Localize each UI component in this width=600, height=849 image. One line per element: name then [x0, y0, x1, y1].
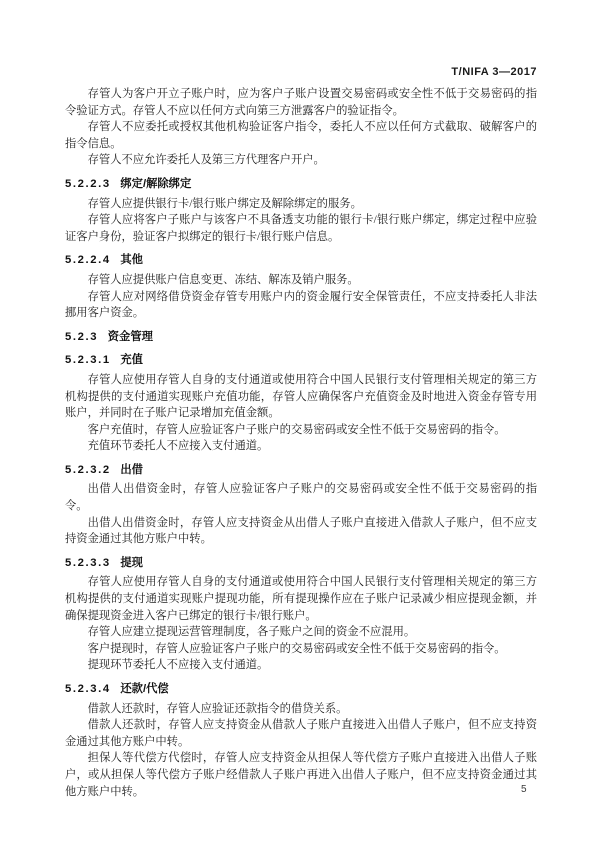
paragraph: 存管人应提供银行卡/银行账户绑定及解除绑定的服务。	[65, 196, 537, 213]
paragraph: 出借人出借资金时，存管人应验证客户子账户的交易密码或安全性不低于交易密码的指令。	[65, 481, 537, 514]
paragraph: 客户提现时，存管人应验证客户子账户的交易密码或安全性不低于交易密码的指令。	[65, 641, 537, 658]
paragraph: 存管人应对网络借贷资金存管专用账户内的资金履行安全保管责任，不应支持委托人非法挪…	[65, 289, 537, 322]
paragraph: 客户充值时，存管人应验证客户子账户的交易密码或安全性不低于交易密码的指令。	[65, 422, 537, 439]
section-number: 5.2.3	[65, 331, 98, 343]
paragraph: 存管人应提供账户信息变更、冻结、解冻及销户服务。	[65, 272, 537, 289]
paragraph: 存管人为客户开立子账户时，应为客户子账户设置交易密码或安全性不低于交易密码的指令…	[65, 86, 537, 119]
section-heading: 5.2.2.3绑定/解除绑定	[65, 176, 537, 193]
paragraph: 存管人应使用存管人自身的支付通道或使用符合中国人民银行支付管理相关规定的第三方机…	[65, 574, 537, 624]
page-number: 5	[521, 784, 527, 795]
section-heading: 5.2.3资金管理	[65, 329, 537, 346]
section-title: 绑定/解除绑定	[120, 178, 191, 190]
section-title: 资金管理	[108, 331, 153, 343]
paragraph: 提现环节委托人不应接入支付通道。	[65, 657, 537, 674]
section-number: 5.2.3.1	[65, 354, 111, 366]
section-number: 5.2.3.3	[65, 557, 111, 569]
paragraph: 存管人应建立提现运营管理制度，各子账户之间的资金不应混用。	[65, 624, 537, 641]
section-title: 还款/代偿	[120, 683, 168, 695]
paragraph: 存管人不应允许委托人及第三方代理客户开户。	[65, 152, 537, 169]
document-page: T/NIFA 3—2017 存管人为客户开立子账户时，应为客户子账户设置交易密码…	[0, 0, 600, 849]
paragraph: 借款人还款时，存管人应支持资金从借款人子账户直接进入出借人子账户，但不应支持资金…	[65, 717, 537, 750]
section-heading: 5.2.2.4其他	[65, 252, 537, 269]
paragraph: 存管人应将客户子账户与该客户不具备透支功能的银行卡/银行账户绑定，绑定过程中应验…	[65, 212, 537, 245]
section-heading: 5.2.3.4还款/代偿	[65, 681, 537, 698]
paragraph: 担保人等代偿方代偿时，存管人应支持资金从担保人等代偿方子账户直接进入出借人子账户…	[65, 750, 537, 800]
paragraph: 存管人应使用存管人自身的支付通道或使用符合中国人民银行支付管理相关规定的第三方机…	[65, 372, 537, 422]
section-number: 5.2.3.4	[65, 683, 111, 695]
section-title: 其他	[120, 254, 143, 266]
section-title: 充值	[120, 354, 143, 366]
section-title: 提现	[120, 557, 143, 569]
section-number: 5.2.2.3	[65, 178, 111, 190]
section-heading: 5.2.3.1充值	[65, 352, 537, 369]
paragraph: 充值环节委托人不应接入支付通道。	[65, 438, 537, 455]
standard-number-header: T/NIFA 3—2017	[65, 66, 537, 78]
section-heading: 5.2.3.2出借	[65, 462, 537, 479]
paragraph: 出借人出借资金时，存管人应支持资金从出借人子账户直接进入借款人子账户，但不应支持…	[65, 515, 537, 548]
document-body: 存管人为客户开立子账户时，应为客户子账户设置交易密码或安全性不低于交易密码的指令…	[65, 86, 537, 800]
section-number: 5.2.3.2	[65, 464, 111, 476]
paragraph: 存管人不应委托或授权其他机构验证客户指令，委托人不应以任何方式截取、破解客户的指…	[65, 119, 537, 152]
section-number: 5.2.2.4	[65, 254, 111, 266]
paragraph: 借款人还款时，存管人应验证还款指令的借贷关系。	[65, 701, 537, 718]
section-title: 出借	[120, 464, 143, 476]
section-heading: 5.2.3.3提现	[65, 555, 537, 572]
